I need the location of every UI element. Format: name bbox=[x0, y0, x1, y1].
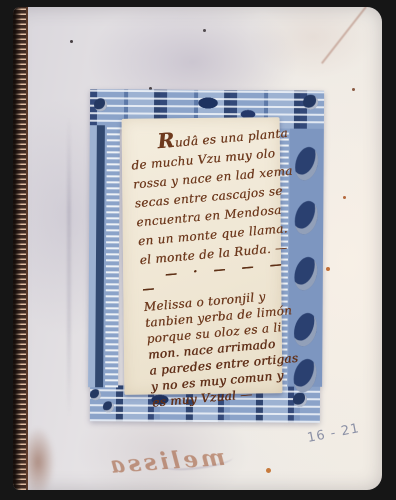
foxing-dot bbox=[70, 40, 73, 43]
frame-band-left bbox=[88, 125, 120, 387]
frame-corner-dot bbox=[90, 389, 101, 400]
slide-mount: { "manuscript": { "paragraph1": { "lines… bbox=[0, 0, 396, 500]
paragraph-melissa: Melissa o toronjil y tanbien yerba de li… bbox=[143, 285, 317, 411]
frame-corner-dot bbox=[94, 98, 107, 111]
foxing-dot bbox=[266, 468, 271, 473]
foxing-dot bbox=[326, 267, 330, 271]
crease-line bbox=[321, 7, 367, 64]
binding-edge bbox=[13, 7, 28, 490]
manuscript-photo: Rudâ es una planta de muchu Vzu muy olo … bbox=[13, 7, 382, 490]
foxing-dot bbox=[343, 196, 346, 199]
paper-crease bbox=[67, 117, 71, 417]
binding-smear bbox=[21, 427, 55, 490]
frame-corner-dot bbox=[103, 401, 114, 412]
frame-corner-dot bbox=[303, 95, 318, 110]
foxing-dot bbox=[352, 88, 355, 91]
ink-show-through: melissa bbox=[106, 444, 226, 479]
pencil-number: 16 - 21 bbox=[306, 421, 361, 446]
paragraph-ruda: Rudâ es una planta de muchu Vzu muy olo … bbox=[129, 120, 305, 270]
handwritten-text: Rudâ es una planta de muchu Vzu muy olo … bbox=[129, 120, 318, 410]
foxing-dot bbox=[203, 29, 206, 32]
text-panel: Rudâ es una planta de muchu Vzu muy olo … bbox=[122, 117, 283, 395]
